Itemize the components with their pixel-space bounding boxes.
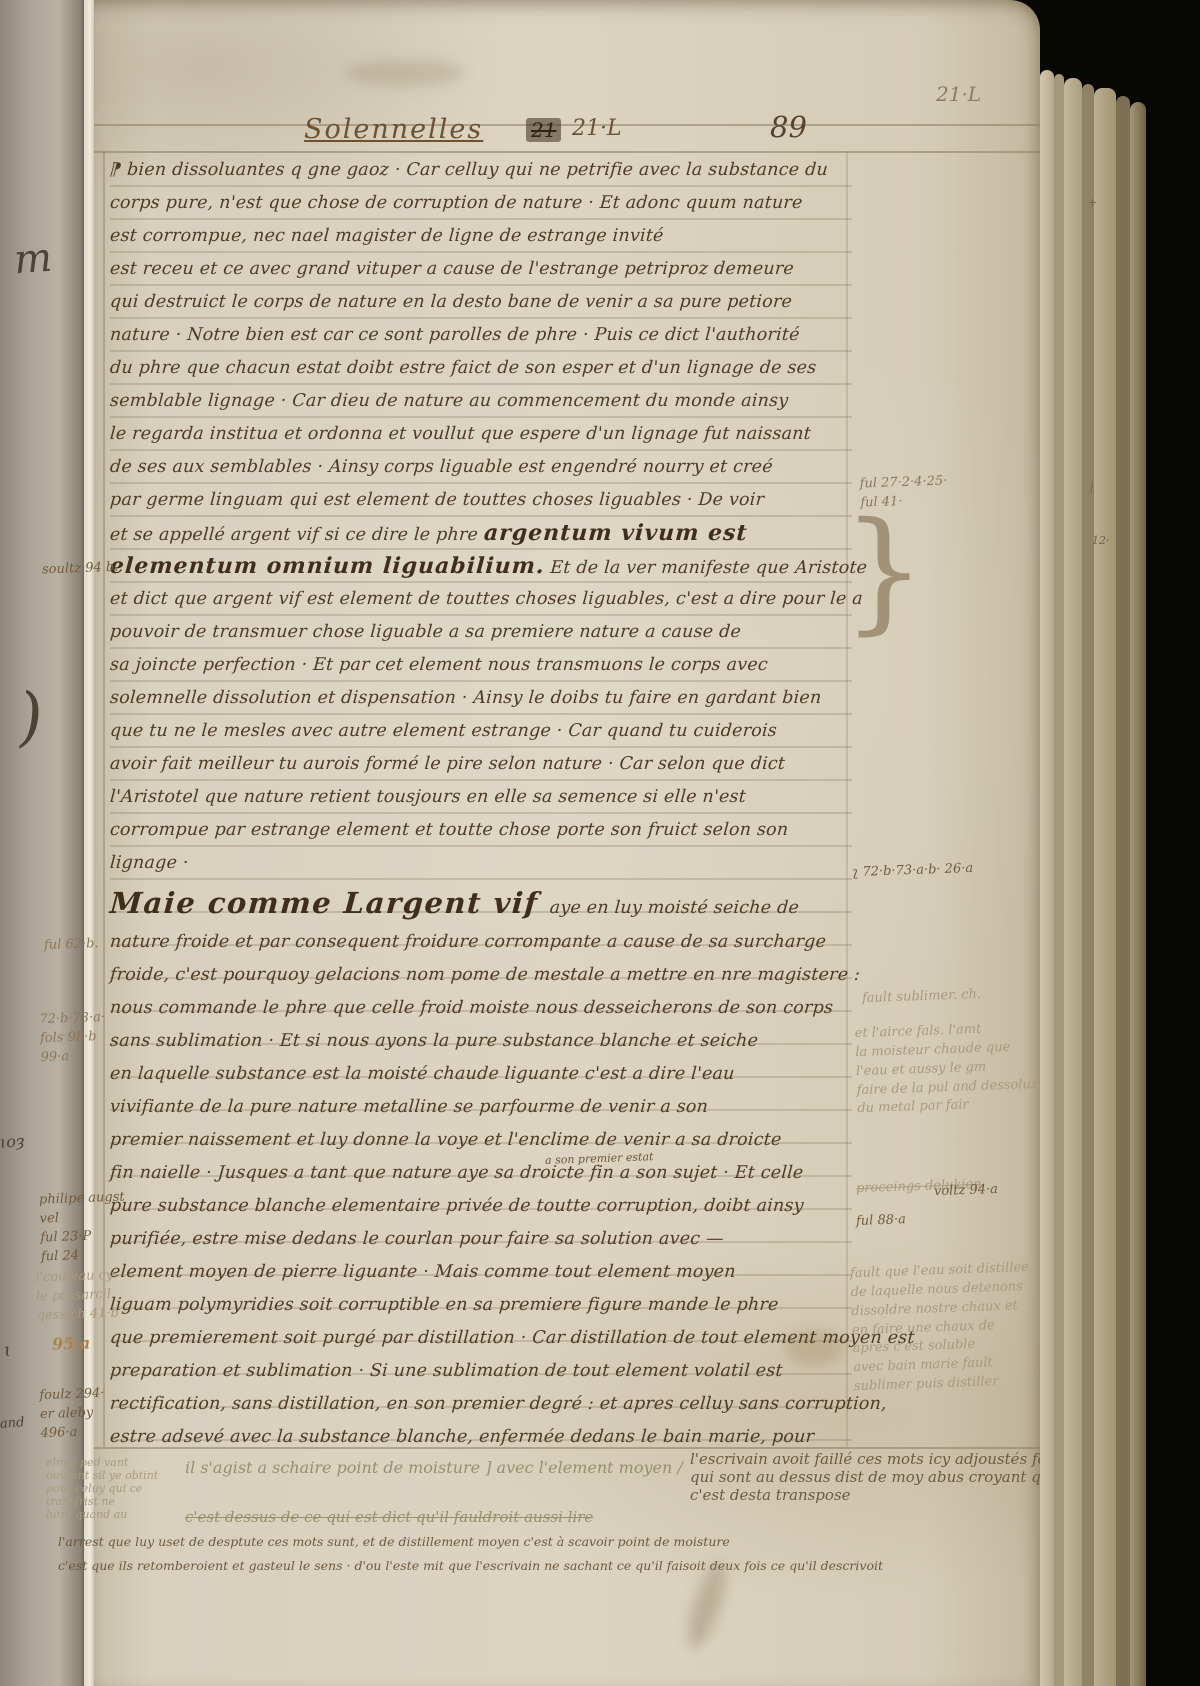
right-brace-mark: } — [842, 496, 926, 646]
line-segment: Et de la ver manifeste que Aristote — [544, 558, 868, 578]
manuscript-line: que premierement soit purgé par distilla… — [109, 1322, 853, 1355]
line-segment: elementum omnium liguabilium. — [109, 553, 546, 579]
bottom-note: c'est que ils retomberoient et gasteul l… — [58, 1558, 883, 1573]
bottom-note: il s'agist a schaire point de moisture ]… — [185, 1458, 683, 1477]
manuscript-line: Maie comme Largent vif aye en luy moisté… — [108, 880, 853, 926]
left-margin-note: philipe augst vel ful 23·P ful 24 — [39, 1189, 127, 1267]
line-segment: argentum vivum est — [483, 520, 749, 546]
left-margin-note: 95·a — [52, 1331, 91, 1356]
manuscript-line: sa joincte perfection · Et par cet eleme… — [109, 649, 853, 682]
right-margin-note: fault que l'eau soit distillee de laquel… — [850, 1259, 1033, 1397]
manuscript-line: est receu et ce avec grand vituper a cau… — [109, 253, 853, 286]
manuscript-line: lignage · — [109, 847, 853, 880]
bottom-note: c'est dessus de ce qui est dict qu'il fa… — [185, 1508, 593, 1526]
right-margin-note: et l'airce fals. l'amt la moisteur chaud… — [854, 1019, 1038, 1119]
line-segment: aye en luy moisté seiche de — [549, 898, 800, 918]
right-margin-note: voltz 94·a — [934, 1181, 999, 1202]
manuscript-line: le regarda institua et ordonna et voullu… — [109, 418, 853, 451]
line-segment: et se appellé argent vif si ce dire le p… — [109, 525, 484, 545]
manuscript-line: corrompue par estrange element et toutte… — [109, 814, 853, 847]
main-text-column: ⁋ bien dissoluantes q gne gaoz · Car cel… — [110, 154, 852, 1454]
manuscript-line: nature · Notre bien est car ce sont paro… — [109, 319, 853, 352]
left-margin-note: l'couleau cy le possarcil qessich 41·b — [35, 1267, 119, 1326]
right-margin-note: ful 27·2·4·25· ful 41· — [859, 472, 948, 513]
manuscript-line: ⁋ bien dissoluantes q gne gaoz · Car cel… — [109, 154, 853, 187]
manuscript-page: 21·L Solennelles 21 21·L 89 ⁋ bien disso… — [94, 0, 1040, 1686]
manuscript-line: de ses aux semblables · Ainsy corps ligu… — [109, 451, 853, 484]
manuscript-line: nous commande le phre que celle froid mo… — [109, 992, 853, 1025]
manuscript-line: l'Aristotel que nature retient tousjours… — [109, 781, 853, 814]
left-margin-note: soultz 94 b. — [42, 559, 119, 580]
manuscript-photo: m)ɩoȝɩand 21·L Solennelles 21 21·L 89 ⁋ … — [0, 0, 1200, 1686]
manuscript-line: solemnelle dissolution et dispensation ·… — [109, 682, 853, 715]
bottom-note: l'escrivain avoit faillé ces mots icy ad… — [690, 1450, 1089, 1504]
manuscript-line: par germe linguam qui est element de tou… — [109, 484, 853, 517]
manuscript-line: et se appellé argent vif si ce dire le p… — [109, 517, 853, 550]
header-rule-bottom — [94, 151, 1040, 153]
manuscript-line: pure substance blanche elementaire privé… — [109, 1190, 853, 1223]
page-stack-edge — [1064, 78, 1082, 1686]
stain — [344, 60, 464, 86]
ink-fragment: ɩ — [3, 1340, 12, 1361]
manuscript-line: sans sublimation · Et si nous ayons la p… — [109, 1025, 853, 1058]
manuscript-line: preparation et sublimation · Si une subl… — [109, 1355, 853, 1388]
left-margin-note: foulz 294· er aleby 496·a — [39, 1385, 106, 1444]
folio-number-corner: 21·L — [936, 82, 981, 106]
bottom-note: l'arrest que luy uset de desptute ces mo… — [58, 1534, 730, 1549]
manuscript-line: que tu ne le mesles avec autre element e… — [109, 715, 853, 748]
page-stack-edge — [1094, 88, 1116, 1686]
manuscript-line: froide, c'est pourquoy gelacions nom pom… — [109, 959, 853, 992]
manuscript-line: nature froide et par consequent froidure… — [109, 926, 853, 959]
bottom-note: elmel ped vant ouvrent sil ye obtint pou… — [46, 1456, 158, 1521]
manuscript-line: avoir fait meilleur tu aurois formé le p… — [109, 748, 853, 781]
manuscript-line: pouvoir de transmuer chose liguable a sa… — [109, 616, 853, 649]
edge-tick: 12· — [1092, 534, 1110, 547]
ink-fragment: ) — [15, 679, 45, 755]
manuscript-line: en laquelle substance est la moisté chau… — [109, 1058, 853, 1091]
page-number: 89 — [770, 110, 807, 144]
page-stack-edge — [1130, 102, 1146, 1686]
left-margin-note: 72·b·73·a· fols 98·b 99·a — [39, 1009, 107, 1068]
page-stack-edge — [1040, 70, 1054, 1686]
manuscript-line: element moyen de pierre liguante · Mais … — [109, 1256, 853, 1289]
left-margin-note: ful 62·b. — [44, 935, 99, 956]
page-stack-edge — [1082, 84, 1094, 1686]
edge-tick: + — [1088, 196, 1097, 209]
manuscript-line: du phre que chacun estat doibt estre fai… — [109, 352, 853, 385]
manuscript-line: elementum omnium liguabilium. Et de la v… — [109, 550, 853, 583]
manuscript-line: purifiée, estre mise dedans le courlan p… — [109, 1223, 853, 1256]
manuscript-line: vivifiante de la pure nature metalline s… — [109, 1091, 853, 1124]
struck-folio-number: 21 — [526, 118, 561, 142]
manuscript-line: semblable lignage · Car dieu de nature a… — [109, 385, 853, 418]
manuscript-line: est corrompue, nec nael magister de lign… — [109, 220, 853, 253]
manuscript-line: et dict que argent vif est element de to… — [109, 583, 853, 616]
manuscript-line: fin naielle · Jusques a tant que nature … — [109, 1157, 853, 1190]
manuscript-line: rectification, sans distillation, en son… — [109, 1388, 853, 1421]
ink-fragment: ɩoȝ — [0, 1131, 25, 1152]
ink-fragment: and — [0, 1415, 25, 1432]
page-stack-edge — [1116, 96, 1130, 1686]
right-margin-note: ful 88·a — [856, 1211, 907, 1232]
ink-fragment: m — [12, 235, 53, 284]
manuscript-line: premier naissement et luy donne la voye … — [109, 1124, 853, 1157]
page-stack-edge — [1054, 74, 1064, 1686]
line-segment: Maie comme Largent vif — [109, 886, 551, 920]
manuscript-line: qui destruict le corps de nature en la d… — [109, 286, 853, 319]
page-title: Solennelles — [304, 114, 483, 145]
folio-number: 21·L — [572, 116, 622, 141]
manuscript-line: corps pure, n'est que chose de corruptio… — [109, 187, 853, 220]
header-rule-top — [94, 124, 1040, 126]
edge-tick: ɭ — [1090, 480, 1094, 493]
manuscript-line: liguam polymyridies soit corruptible en … — [109, 1289, 853, 1322]
